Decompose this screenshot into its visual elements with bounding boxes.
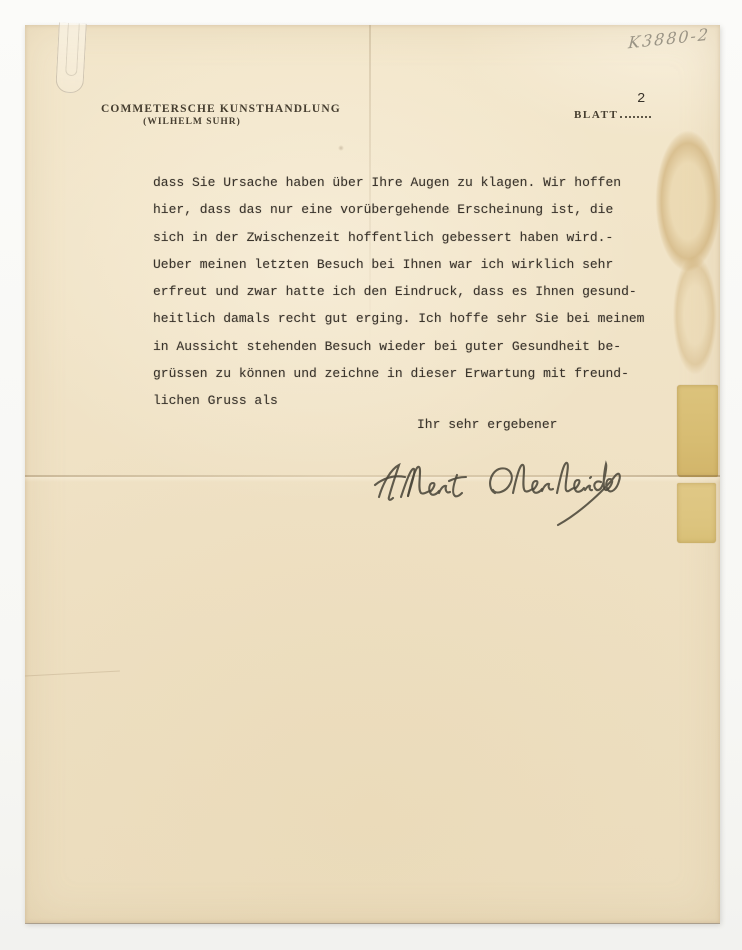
body-line: dass Sie Ursache haben über Ihre Augen z… (153, 169, 644, 196)
letterhead-firm-subtitle: (WILHELM SUHR) (101, 117, 283, 127)
letterhead-firm-name: COMMETERSCHE KUNSTHANDLUNG (101, 103, 283, 115)
body-line: lichen Gruss als (153, 387, 644, 414)
letterhead: COMMETERSCHE KUNSTHANDLUNG (WILHELM SUHR… (101, 103, 283, 127)
bottom-left-crease (25, 671, 120, 677)
body-text: dass Sie Ursache haben über Ihre Augen z… (153, 169, 644, 415)
tape-repair-lower (677, 483, 716, 543)
letter-sheet: K3880-2 COMMETERSCHE KUNSTHANDLUNG (WILH… (25, 25, 720, 923)
sheet-number-label: BLATT (574, 109, 618, 121)
valediction: Ihr sehr ergebener (417, 417, 557, 432)
dotted-line (620, 108, 651, 118)
signature-ink (373, 449, 623, 539)
body-line: in Aussicht stehenden Besuch wieder bei … (153, 333, 644, 360)
paperclip-mark (55, 22, 87, 93)
body-line: hier, dass das nur eine vorübergehende E… (153, 196, 644, 223)
body-line: Ueber meinen letzten Besuch bei Ihnen wa… (153, 251, 644, 278)
tape-repair-upper (677, 385, 718, 477)
sheet-number-block: 2 BLATT (574, 91, 674, 127)
body-line: erfreut und zwar hatte ich den Eindruck,… (153, 278, 644, 305)
water-stain-tail (671, 250, 719, 380)
pencil-annotation: K3880-2 (628, 25, 711, 53)
body-line: heitlich damals recht gut erging. Ich ho… (153, 305, 644, 332)
body-line: grüssen zu können und zeichne in dieser … (153, 360, 644, 387)
signature (373, 449, 623, 539)
body-line: sich in der Zwischenzeit hoffentlich geb… (153, 224, 644, 251)
